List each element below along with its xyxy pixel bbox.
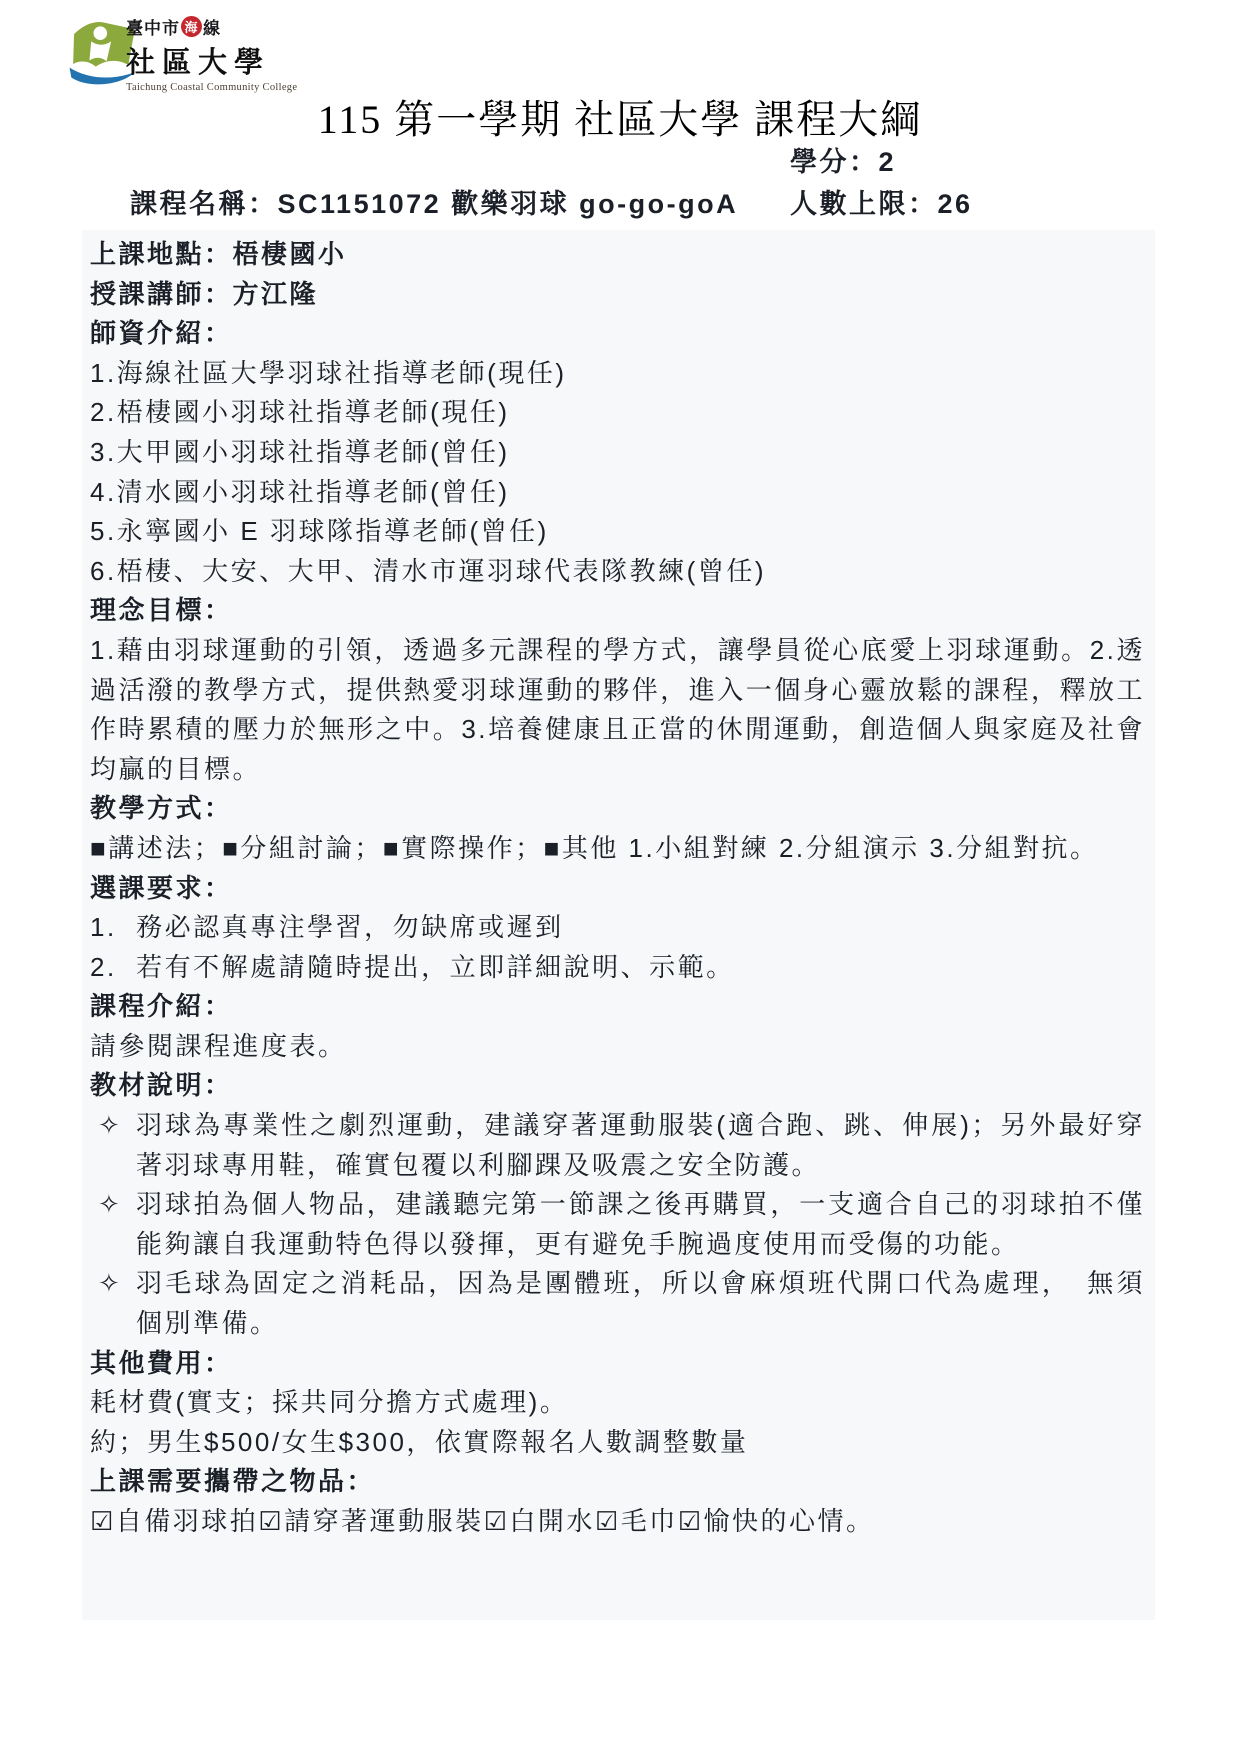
body-line: 1.海線社區大學羽球社指導老師(現任) [90,354,1145,394]
body-line: ■講述法；■分組討論；■實際操作；■其他 1.小組對練 2.分組演示 3.分組對… [90,829,1145,869]
body-line: 請參閱課程進度表。 [90,1027,1145,1067]
diamond-bullet-icon: ✧ [90,1264,136,1343]
diamond-bullet-icon: ✧ [90,1106,136,1185]
body-line: 2. 若有不解處請隨時提出，立即詳細說明、示範。 [90,948,1145,988]
section-heading: 教材說明： [90,1066,1145,1106]
body-line: ☑自備羽球拍☑請穿著運動服裝☑白開水☑毛巾☑愉快的心情。 [90,1502,1145,1542]
body-line: 1.藉由羽球運動的引領，透過多元課程的學方式，讓學員從心底愛上羽球運動。2.透過… [90,631,1145,789]
bullet-text: 羽球拍為個人物品，建議聽完第一節課之後再購買，一支適合自己的羽球拍不僅能夠讓自我… [136,1185,1145,1264]
body-line: 1. 務必認真專注學習，勿缺席或遲到 [90,908,1145,948]
section-heading: 上課需要攜帶之物品： [90,1462,1145,1502]
logo-region-prefix: 臺中市 [126,14,180,39]
capacity-field: 人數上限：26 [790,183,973,225]
body-line: 5.永寧國小 E 羽球隊指導老師(曾任) [90,512,1145,552]
capacity-value: 26 [938,189,973,219]
section-heading: 教學方式： [90,789,1145,829]
capacity-label: 人數上限： [790,189,938,219]
header-row-time: 上課時間：周四 19:30-21:30 人數上限：26 [90,183,1155,225]
section-heading: 師資介紹： [90,314,1145,354]
bullet-item: ✧羽球為專業性之劇烈運動，建議穿著運動服裝(適合跑、跳、伸展)；另外最好穿著羽球… [90,1106,1145,1185]
body-line: 約；男生$500/女生$300，依實際報名人數調整數量 [90,1423,1145,1463]
logo-college-name: 社區大學 [126,40,297,81]
section-heading: 理念目標： [90,591,1145,631]
section-heading: 課程介紹： [90,987,1145,1027]
logo-seal-icon: 海 [181,16,202,37]
header-row-course: 課程名稱：SC1151072 歡樂羽球 go-go-goA 學分：2 [90,141,1155,183]
body-line: 2.梧棲國小羽球社指導老師(現任) [90,393,1145,433]
body-line: 耗材費(實支；採共同分擔方式處理)。 [90,1383,1145,1423]
bullet-item: ✧羽毛球為固定之消耗品，因為是團體班，所以會麻煩班代開口代為處理， 無須個別準備… [90,1264,1145,1343]
credits-value: 2 [879,147,897,177]
bullet-text: 羽毛球為固定之消耗品，因為是團體班，所以會麻煩班代開口代為處理， 無須個別準備。 [136,1264,1145,1343]
section-heading: 選課要求： [90,869,1145,909]
logo-text-block: 臺中市 海 線 社區大學 Taichung Coastal Community … [126,14,297,93]
logo-region-suffix: 線 [203,14,221,39]
logo-region-line: 臺中市 海 線 [126,14,297,39]
body-line: 6.梧棲、大安、大甲、清水市運羽球代表隊教練(曾任) [90,552,1145,592]
course-body-panel: 上課地點：梧棲國小授課講師：方江隆師資介紹：1.海線社區大學羽球社指導老師(現任… [82,230,1155,1620]
bullet-text: 羽球為專業性之劇烈運動，建議穿著運動服裝(適合跑、跳、伸展)；另外最好穿著羽球專… [136,1106,1145,1185]
credits-label: 學分： [790,147,879,177]
body-line: 4.清水國小羽球社指導老師(曾任) [90,473,1145,513]
diamond-bullet-icon: ✧ [90,1185,136,1264]
credits-field: 學分：2 [790,141,896,183]
bullet-item: ✧羽球拍為個人物品，建議聽完第一節課之後再購買，一支適合自己的羽球拍不僅能夠讓自… [90,1185,1145,1264]
body-line: 3.大甲國小羽球社指導老師(曾任) [90,433,1145,473]
section-heading: 上課地點：梧棲國小 [90,235,1145,275]
page-title: 115 第一學期 社區大學 課程大綱 [0,88,1240,145]
section-heading: 授課講師：方江隆 [90,275,1145,315]
section-heading: 其他費用： [90,1344,1145,1384]
document-page: 臺中市 海 線 社區大學 Taichung Coastal Community … [0,0,1240,1754]
college-logo: 臺中市 海 線 社區大學 Taichung Coastal Community … [66,12,356,100]
